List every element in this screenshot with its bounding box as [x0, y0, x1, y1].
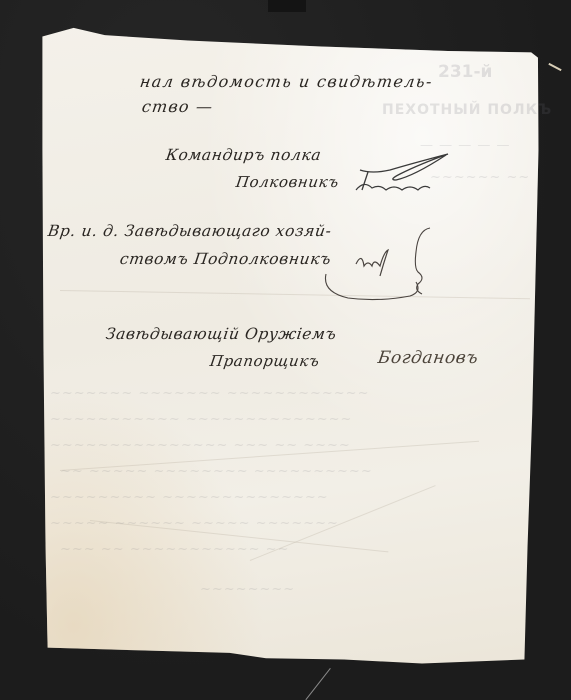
bleed-text-line: ~~~~~~~~~~~ ~~~~~~~~~~~~~~ [50, 412, 352, 427]
scan-background: 231-й ПЕХОТНЫЙ ПОЛКЪ — — — — — ~~~~~~ ~~… [0, 0, 571, 700]
bleed-stamp-number: 231-й [438, 62, 492, 82]
bleed-text-line: ~~~~~~~~ [200, 582, 295, 597]
armorer-signature: Богдановъ [377, 348, 480, 368]
mounting-tape [268, 0, 306, 12]
paper-fiber [548, 63, 561, 71]
bleed-stamp-name: ПЕХОТНЫЙ ПОЛКЪ [382, 102, 552, 118]
armorer-rank: Прапорщикъ [209, 352, 321, 370]
commander-rank: Полковникъ [235, 173, 340, 191]
bleed-text-line: ~~~~~~~~~~~~~~~ ~~~ ~~ ~~~~ [50, 438, 351, 453]
bleed-text-line: ~~~ ~~ ~~~~~~~~~~~ ~~ [60, 542, 289, 557]
quartermaster-title-line-2: ствомъ Подполковникъ [119, 250, 333, 268]
armorer-title: Завѣдывающій Оружiемъ [105, 325, 338, 343]
bleed-text-line: — — — — — [420, 138, 511, 153]
loose-thread [305, 668, 330, 700]
bleed-text-line: ~~~~~ ~~~~~~ ~~~~~ ~~~~~~~ [50, 516, 339, 531]
commander-title: Командиръ полка [165, 146, 323, 164]
bleed-text-line: ~~~~~~~~~ ~~~~~~~~~~~~~~ [50, 490, 329, 505]
bleed-text-line: ~~~~~~ ~~ [430, 170, 530, 185]
text-line-continuation-2: ство — [141, 97, 215, 116]
bleed-text-line: ~~~~~~~ ~~~~~~~ ~~~~~~~~~~~~ [50, 386, 369, 401]
text-line-continuation-1: нал вѣдомость и свидѣтель- [139, 72, 435, 91]
quartermaster-title-line-1: Вр. и. д. Завѣдывающаго хозяй- [47, 222, 333, 240]
bleed-text-line: ~~ ~~~~~ ~~~~~~~~ ~~~~~~~~~~ [60, 464, 373, 479]
